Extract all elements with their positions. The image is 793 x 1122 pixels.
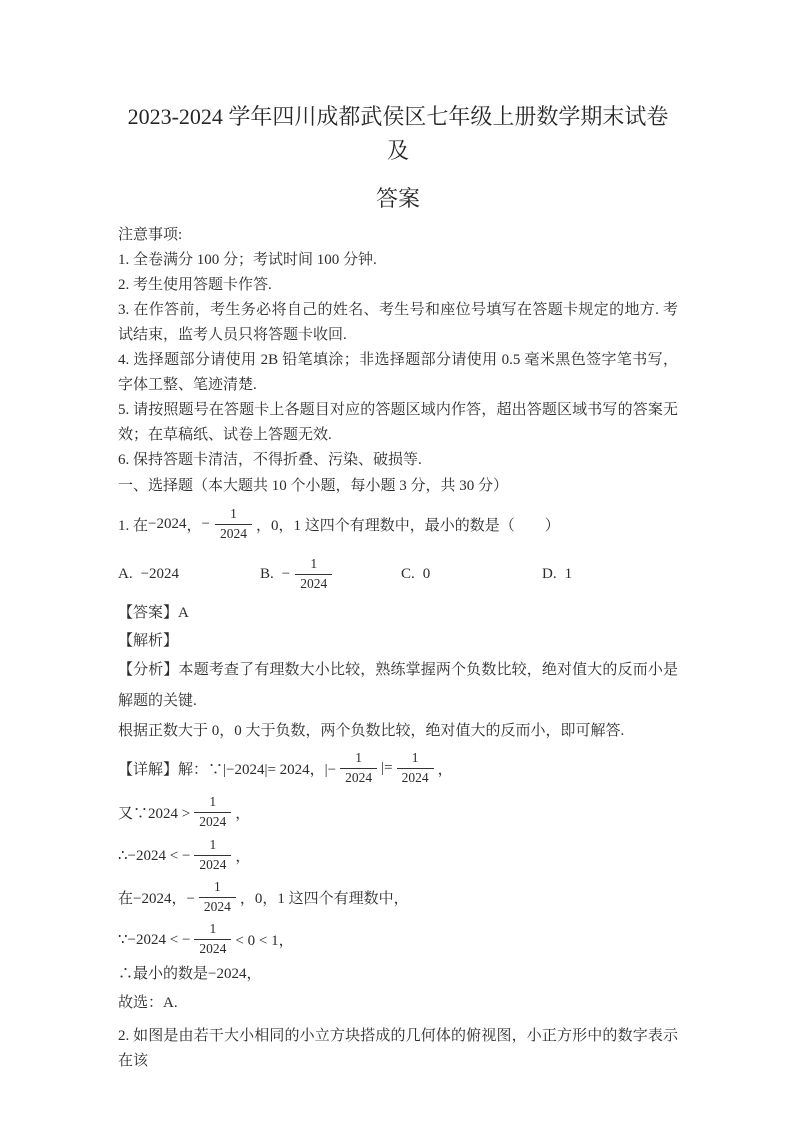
question-2-intro: 2. 如图是由若干大小相同的小立方块搭成的几何体的俯视图，小正方形中的数字表示在… <box>118 1024 678 1074</box>
fraction-numerator: 1 <box>215 506 252 524</box>
fraction-numerator: 1 <box>397 750 434 768</box>
fraction: 1 2024 <box>199 879 236 914</box>
note-item-1: 1. 全卷满分 100 分；考试时间 100 分钟. <box>118 248 678 273</box>
fraction-denominator: 2024 <box>194 940 231 957</box>
document-content: 2023-2024 学年四川成都武侯区七年级上册数学期末试卷及 答案 注意事项:… <box>118 100 678 1089</box>
question-1-neg-number: −2024 <box>148 516 186 533</box>
detail-line-4-end: ，0，1 这四个有理数中， <box>240 887 409 908</box>
detail-line-3-end: ， <box>235 845 250 866</box>
page-title-line-1: 2023-2024 学年四川成都武侯区七年级上册数学期末试卷及 <box>118 100 678 168</box>
detail-line-1-mid: |= <box>381 760 392 777</box>
fraction-denominator: 2024 <box>295 575 332 592</box>
detail-line-4: 在−2024，− 1 2024 ，0，1 这四个有理数中， <box>118 876 678 918</box>
analysis-paragraph: 【分析】本题考查了有理数大小比较，熟练掌握两个负数比较，绝对值大的反而小是解题的… <box>118 655 678 717</box>
analysis-basis-line: 根据正数大于 0，0 大于负数，两个负数比较，绝对值大的反而小，即可解答. <box>118 717 678 746</box>
option-b-minus-sign: − <box>282 566 290 583</box>
fraction-denominator: 2024 <box>199 898 236 915</box>
option-a-label: A. <box>118 566 133 583</box>
analysis-heading: 【解析】 <box>118 627 678 655</box>
fraction-denominator: 2024 <box>397 769 434 786</box>
fraction-minus-sign: − <box>202 516 210 533</box>
fraction: 1 2024 <box>295 556 332 591</box>
fraction-numerator: 1 <box>194 837 231 855</box>
option-d-label: D. <box>542 566 557 583</box>
detail-line-2: 又∵2024 > 1 2024 ， <box>118 790 678 834</box>
note-item-4: 4. 选择题部分请使用 2B 铅笔填涂；非选择题部分请使用 0.5 毫米黑色签字… <box>118 348 678 398</box>
detail-line-3: ∴−2024 < − 1 2024 ， <box>118 834 678 876</box>
fraction-denominator: 2024 <box>194 813 231 830</box>
note-item-5: 5. 请按照题号在答题卡上各题目对应的答题区域内作答，超出答题区域书写的答案无效… <box>118 398 678 448</box>
fraction-numerator: 1 <box>194 921 231 939</box>
fraction: 1 2024 <box>397 750 434 785</box>
note-item-6: 6. 保持答题卡清洁，不得折叠、污染、破损等. <box>118 448 678 473</box>
question-1-separator: ， <box>186 514 201 535</box>
fraction-numerator: 1 <box>194 794 231 812</box>
note-item-3: 3. 在作答前，考生务必将自己的姓名、考生号和座位号填写在答题卡规定的地方. 考… <box>118 298 678 348</box>
detail-conclusion-line: ∴最小的数是−2024， <box>118 960 678 989</box>
section-heading-multiple-choice: 一、选择题（本大题共 10 个小题，每小题 3 分，共 30 分） <box>118 474 678 499</box>
question-1-options-row: A. −2024 B. − 1 2024 C. 0 D. 1 <box>118 549 678 599</box>
fraction: 1 2024 <box>340 750 377 785</box>
option-c-value: 0 <box>423 566 431 583</box>
detail-line-1-end: ， <box>438 758 453 779</box>
detail-line-5-text: ∵−2024 < − <box>118 930 190 949</box>
question-1-prefix: 1. 在 <box>118 514 148 535</box>
fraction-numerator: 1 <box>340 750 377 768</box>
detail-line-3-text: ∴−2024 < − <box>118 846 190 865</box>
page-title-line-2: 答案 <box>118 182 678 216</box>
detail-line-4-text: 在−2024，− <box>118 887 195 908</box>
detail-choice-line: 故选：A. <box>118 989 678 1018</box>
option-b-label: B. <box>260 566 274 583</box>
fraction-numerator: 1 <box>199 879 236 897</box>
exam-document-page: 2023-2024 学年四川成都武侯区七年级上册数学期末试卷及 答案 注意事项:… <box>0 0 793 1122</box>
detail-line-1: 【详解】解：∵|−2024|= 2024，|− 1 2024 |= 1 2024… <box>118 746 678 790</box>
option-a-value: −2024 <box>141 566 179 583</box>
question-1-suffix: ，0，1 这四个有理数中，最小的数是（ ） <box>256 514 560 535</box>
fraction-denominator: 2024 <box>215 525 252 542</box>
notes-heading: 注意事项: <box>118 223 678 248</box>
option-c: C. 0 <box>401 566 542 583</box>
detail-line-2-text: 又∵2024 > <box>118 802 190 823</box>
option-d-value: 1 <box>565 566 573 583</box>
fraction-denominator: 2024 <box>340 769 377 786</box>
option-b: B. − 1 2024 <box>260 556 401 591</box>
detail-line-2-end: ， <box>235 802 250 823</box>
fraction-denominator: 2024 <box>194 856 231 873</box>
detail-line-5: ∵−2024 < − 1 2024 < 0 < 1， <box>118 918 678 960</box>
fraction: 1 2024 <box>215 506 252 541</box>
fraction-numerator: 1 <box>295 556 332 574</box>
note-item-2: 2. 考生使用答题卡作答. <box>118 273 678 298</box>
fraction: 1 2024 <box>194 794 231 829</box>
fraction: 1 2024 <box>194 837 231 872</box>
option-a: A. −2024 <box>118 566 260 583</box>
option-c-label: C. <box>401 566 415 583</box>
answer-line: 【答案】A <box>118 599 678 627</box>
detail-line-1-text: 【详解】解：∵|−2024|= 2024，|− <box>118 758 336 779</box>
fraction: 1 2024 <box>194 921 231 956</box>
option-d: D. 1 <box>542 566 572 583</box>
detail-line-5-end: < 0 < 1， <box>235 929 293 950</box>
question-1-stem: 1. 在 −2024 ， − 1 2024 ，0，1 这四个有理数中，最小的数是… <box>118 499 678 549</box>
